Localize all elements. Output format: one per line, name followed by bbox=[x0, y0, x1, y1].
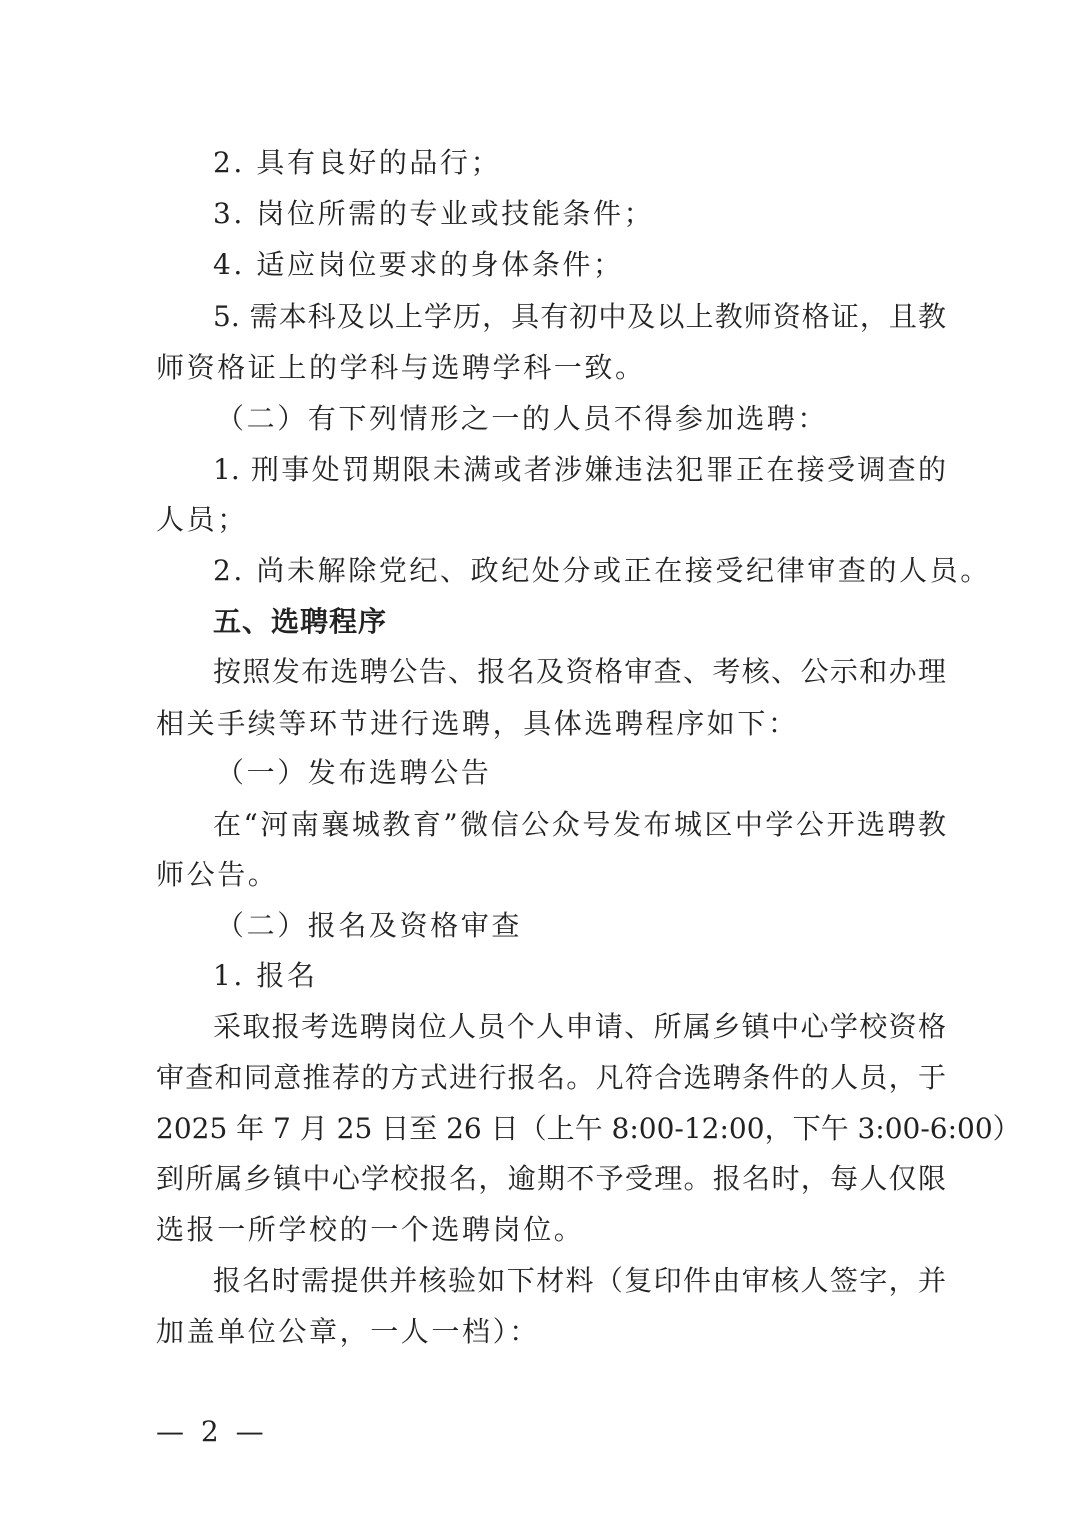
condition-item-5: 5. 需本科及以上学历，具有初中及以上教师资格证，且教 bbox=[213, 297, 946, 337]
materials-paragraph-cont: 加盖单位公章，一人一档）： bbox=[156, 1312, 946, 1352]
registration-paragraph-cont-4: 选报一所学校的一个选聘岗位。 bbox=[156, 1210, 946, 1250]
condition-item-4: 4. 适应岗位要求的身体条件； bbox=[213, 245, 1003, 285]
registration-item-heading: 1. 报名 bbox=[213, 956, 1003, 996]
condition-item-2: 2. 具有良好的品行； bbox=[213, 143, 1003, 183]
registration-paragraph-cont-3: 到所属乡镇中心学校报名，逾期不予受理。报名时，每人仅限 bbox=[156, 1159, 946, 1199]
exclusion-item-1-cont: 人员； bbox=[156, 500, 946, 540]
registration-paragraph-cont-1: 审查和同意推荐的方式进行报名。凡符合选聘条件的人员，于 bbox=[156, 1058, 946, 1098]
document-page: 2. 具有良好的品行； 3. 岗位所需的专业或技能条件； 4. 适应岗位要求的身… bbox=[0, 0, 1080, 1527]
announcement-text: 在“河南襄城教育”微信公众号发布城区中学公开选聘教 bbox=[213, 805, 946, 845]
subsection-heading-exclusions: （二）有下列情形之一的人员不得参加选聘： bbox=[216, 399, 1006, 439]
condition-item-5-cont: 师资格证上的学科与选聘学科一致。 bbox=[156, 348, 946, 388]
registration-date-line: 2025 年 7 月 25 日至 26 日（上午 8:00-12:00，下午 3… bbox=[156, 1109, 946, 1149]
section-heading-procedure: 五、选聘程序 bbox=[213, 602, 1003, 642]
procedure-intro: 按照发布选聘公告、报名及资格审查、考核、公示和办理 bbox=[213, 652, 946, 692]
exclusion-item-2: 2. 尚未解除党纪、政纪处分或正在接受纪律审查的人员。 bbox=[213, 551, 1003, 591]
page-number: — 2 — bbox=[156, 1412, 268, 1452]
announcement-text-cont: 师公告。 bbox=[156, 855, 946, 895]
materials-paragraph: 报名时需提供并核验如下材料（复印件由审核人签字，并 bbox=[213, 1261, 946, 1301]
exclusion-item-1: 1. 刑事处罚期限未满或者涉嫌违法犯罪正在接受调查的 bbox=[213, 450, 946, 490]
condition-item-3: 3. 岗位所需的专业或技能条件； bbox=[213, 194, 1003, 234]
subsection-heading-announcement: （一）发布选聘公告 bbox=[216, 753, 1006, 793]
subsection-heading-registration: （二）报名及资格审查 bbox=[216, 906, 1006, 946]
registration-paragraph: 采取报考选聘岗位人员个人申请、所属乡镇中心学校资格 bbox=[213, 1007, 946, 1047]
procedure-intro-cont: 相关手续等环节进行选聘，具体选聘程序如下： bbox=[156, 704, 946, 744]
